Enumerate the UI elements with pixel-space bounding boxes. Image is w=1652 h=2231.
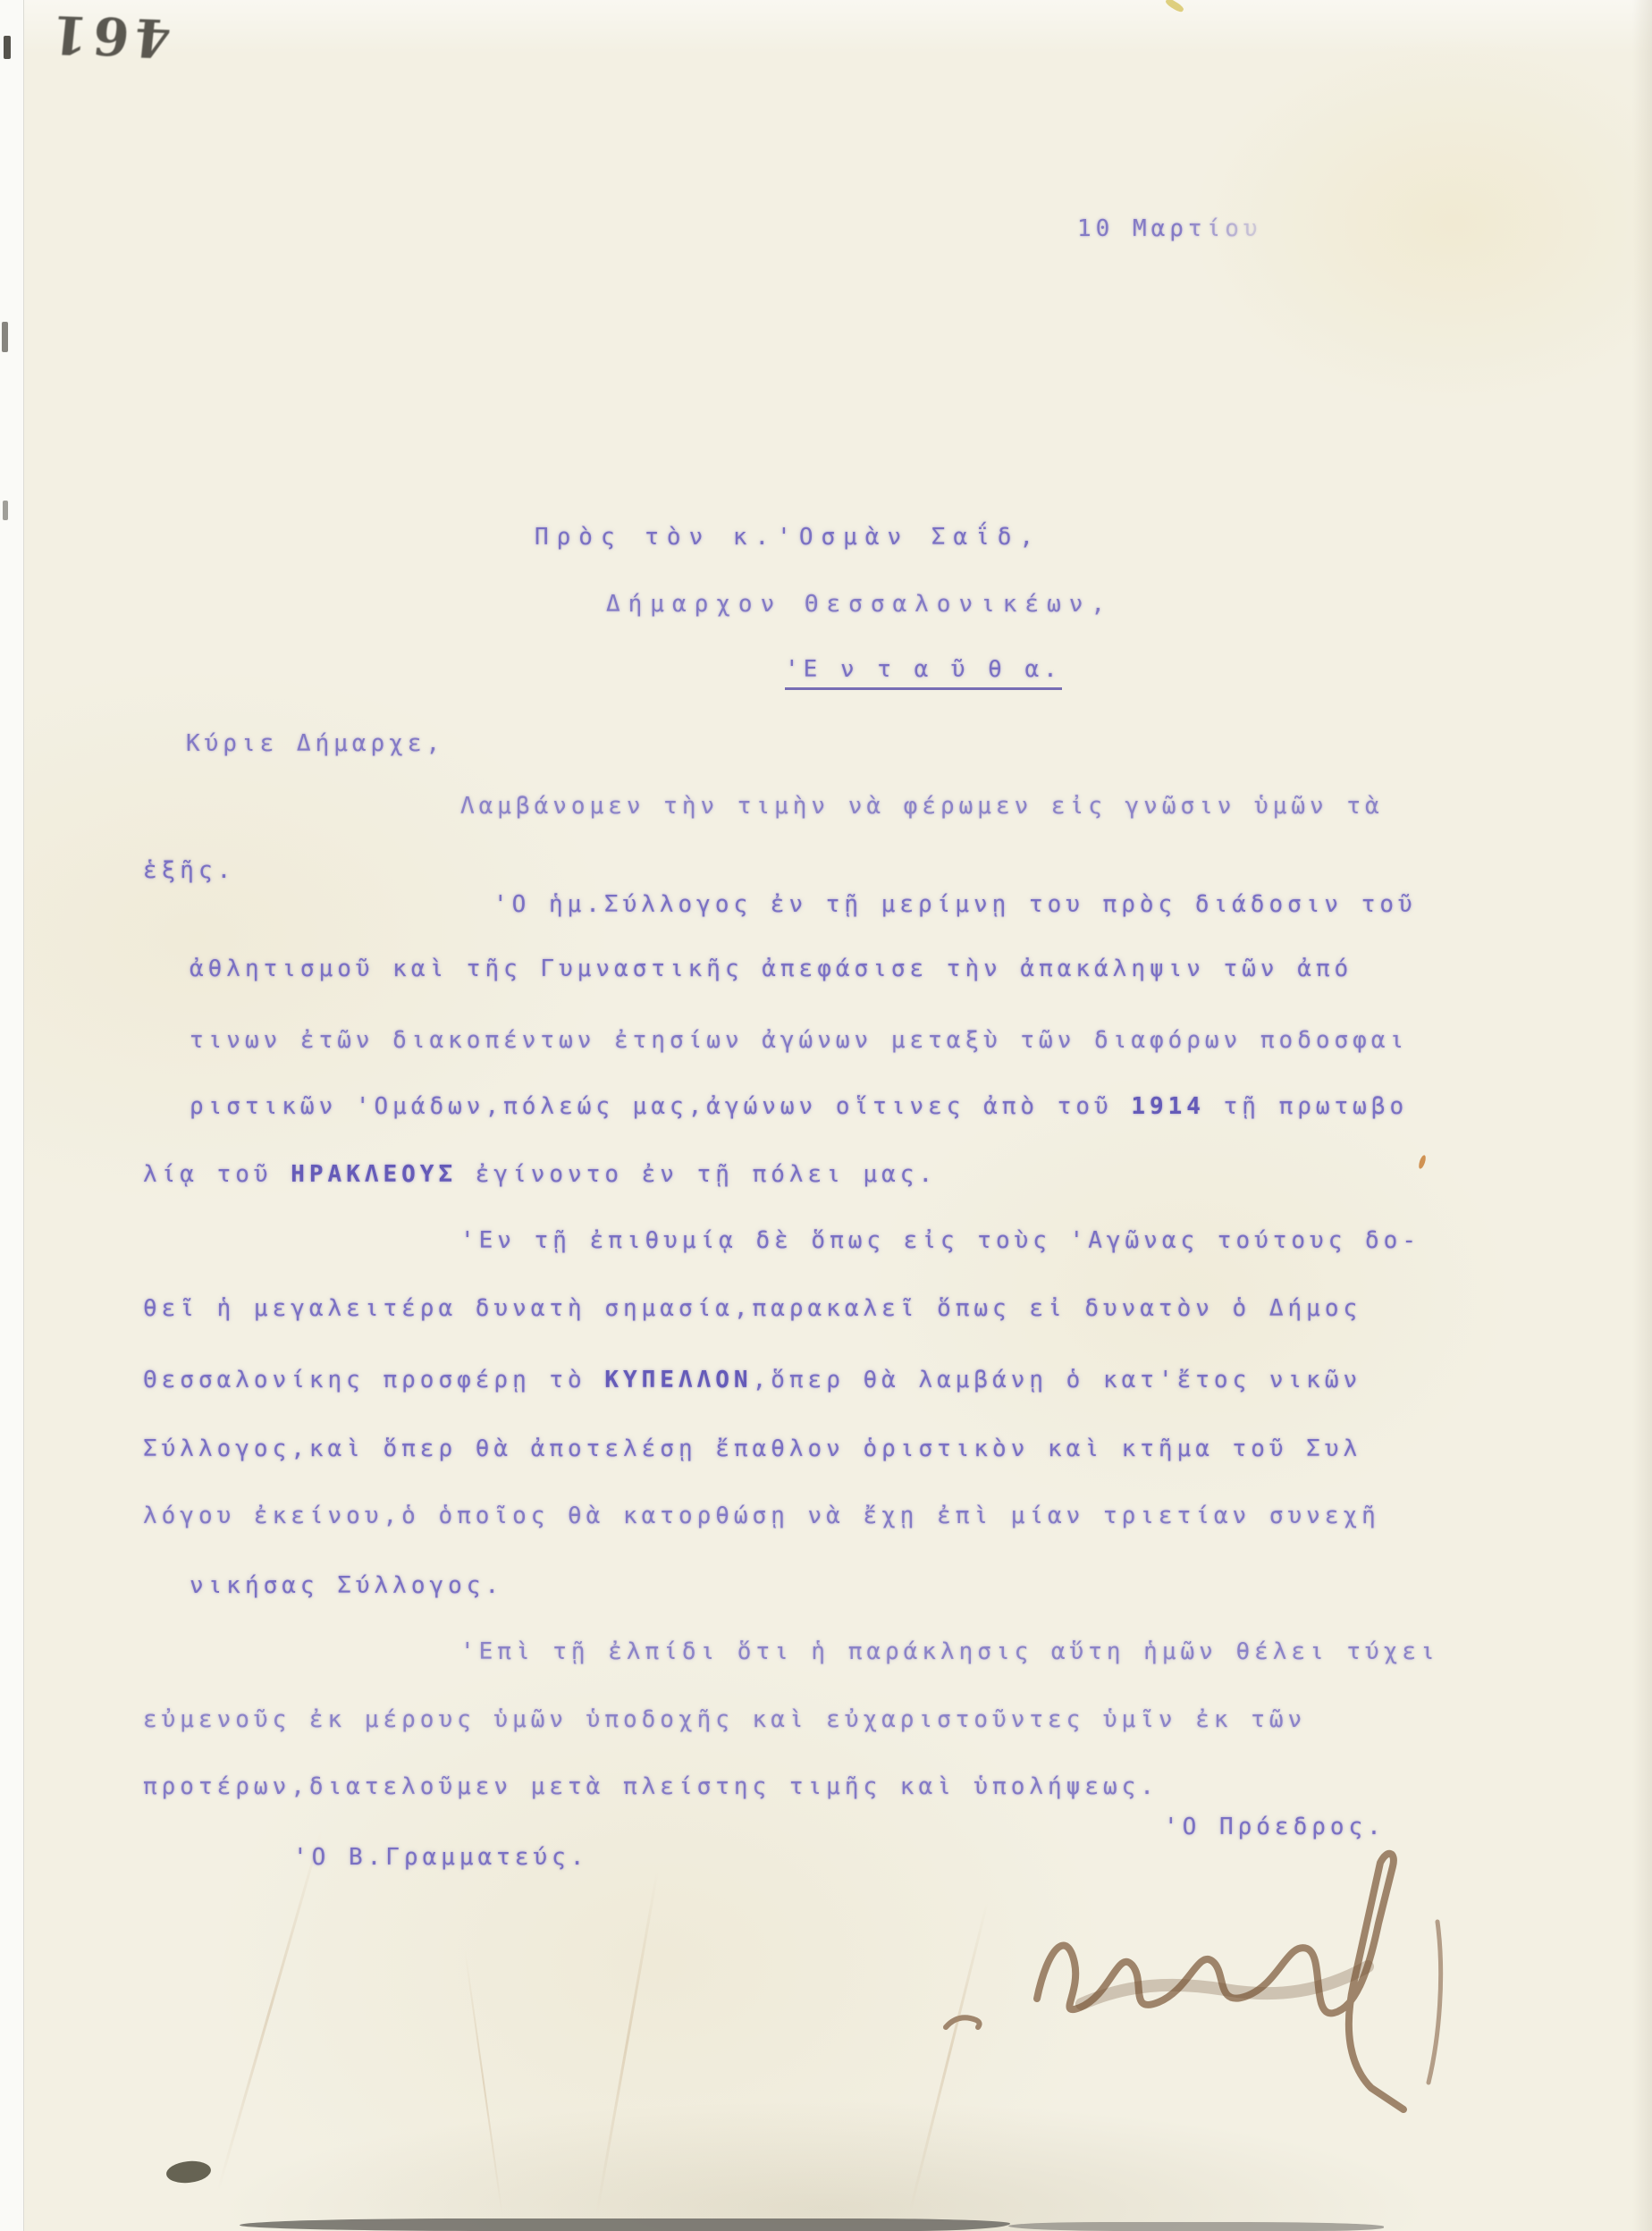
entautha-underlined: 'Ε ν τ α ῦ θ α. xyxy=(785,656,1062,690)
body-line-11: Σύλλογος,καὶ ὅπερ θὰ ἀποτελέσῃ ἔπαθλον ὁ… xyxy=(143,1435,1361,1464)
body-line-6-tail: τῇ πρωτωβο xyxy=(1205,1093,1408,1120)
signature-intro-stroke xyxy=(946,2017,980,2027)
recipient-line-3: 'Ε ν τ α ῦ θ α. xyxy=(785,655,1062,685)
recipient-line-1: Πρὸς τὸν κ.'Οσμὰν Σαΐδ, xyxy=(535,523,1041,552)
year-1914: 1914 xyxy=(1131,1093,1205,1120)
paper-stain xyxy=(1165,0,1185,13)
body-line-2: ἑξῆς. xyxy=(143,856,235,886)
body-line-8: 'Εν τῇ ἐπιθυμίᾳ δὲ ὅπως εἰς τοὺς 'Αγῶνας… xyxy=(460,1226,1420,1256)
scratch-mark xyxy=(595,1871,659,2215)
body-line-13: νικήσας Σύλλογος. xyxy=(190,1571,503,1601)
body-line-14: 'Επὶ τῇ ἐλπίδι ὅτι ἡ παράκλησις αὕτη ἡμῶ… xyxy=(460,1637,1439,1667)
body-line-6: ριστικῶν 'Ομάδων,πόλεώς μας,ἀγώνων οἵτιν… xyxy=(190,1092,1408,1122)
scanned-letter-page: 461 10 Μαρτίου Πρὸς τὸν κ.'Οσμὰν Σαΐδ, Δ… xyxy=(0,0,1652,2231)
secretary-title-line: 'Ο Β.Γραμματεύς. xyxy=(293,1843,588,1873)
scan-edge-mark xyxy=(2,322,8,352)
scan-artifact-bottom xyxy=(1008,2222,1384,2231)
body-line-7: λίᾳ τοῦ ΗΡΑΚΛΕΟΥΣ ἐγίνοντο ἐν τῇ πόλει μ… xyxy=(143,1160,937,1190)
date-line: 10 Μαρτίου xyxy=(1077,215,1262,244)
scratch-mark xyxy=(216,1831,323,2193)
body-line-10-tail: ,ὅπερ θὰ λαμβάνῃ ὁ κατ'ἔτος νικῶν xyxy=(753,1367,1362,1393)
ink-smudge xyxy=(165,2159,212,2185)
body-line-4: ἀθλητισμοῦ καὶ τῆς Γυμναστικῆς ἀπεφάσισε… xyxy=(190,955,1353,984)
scan-edge-mark xyxy=(4,36,11,59)
body-line-10: Θεσσαλονίκης προσφέρῃ τὸ ΚΥΠΕΛΛΟΝ,ὅπερ θ… xyxy=(143,1366,1361,1395)
body-line-5: τινων ἐτῶν διακοπέντων ἐτησίων ἀγώνων με… xyxy=(190,1026,1408,1056)
president-handwritten-signature xyxy=(903,1814,1493,2118)
word-kypellon: ΚΥΠΕΛΛΟΝ xyxy=(604,1367,752,1393)
body-line-7-text: λίᾳ τοῦ xyxy=(143,1161,291,1188)
scan-artifact-bottom xyxy=(240,2218,1010,2231)
body-line-6-text: ριστικῶν 'Ομάδων,πόλεώς μας,ἀγώνων οἵτιν… xyxy=(190,1093,1131,1120)
body-line-12: λόγου ἐκείνου,ὁ ὁποῖος θὰ κατορθώσῃ νὰ ἔ… xyxy=(143,1502,1380,1531)
signature-tail-stroke xyxy=(1429,1922,1441,2083)
body-line-1: Λαμβάνομεν τὴν τιμὴν νὰ φέρωμεν εἰς γνῶσ… xyxy=(460,792,1384,821)
page-number-stamp: 461 xyxy=(43,4,173,69)
body-line-9: θεῖ ἡ μεγαλειτέρα δυνατὴ σημασία,παρακαλ… xyxy=(143,1294,1361,1324)
body-line-16: προτέρων,διατελοῦμεν μετὰ πλείστης τιμῆς… xyxy=(143,1772,1159,1802)
body-line-3: 'Ο ἡμ.Σύλλογος ἐν τῇ μερίμνῃ του πρὸς δι… xyxy=(493,890,1417,920)
salutation-line: Κύριε Δήμαρχε, xyxy=(186,729,444,759)
body-line-7-tail: ἐγίνοντο ἐν τῇ πόλει μας. xyxy=(457,1161,937,1188)
scan-edge-mark xyxy=(3,501,8,520)
recipient-line-2: Δήμαρχον Θεσσαλονικέων, xyxy=(606,590,1113,619)
body-line-10-text: Θεσσαλονίκης προσφέρῃ τὸ xyxy=(143,1367,604,1393)
scratch-mark xyxy=(464,1949,503,2215)
club-name-irakleous: ΗΡΑΚΛΕΟΥΣ xyxy=(291,1161,457,1188)
paper-speck xyxy=(1418,1154,1428,1169)
body-line-15: εὐμενοῦς ἐκ μέρους ὑμῶν ὑποδοχῆς καὶ εὐχ… xyxy=(143,1705,1306,1735)
signature-shadow-stroke xyxy=(1082,1966,1368,2004)
